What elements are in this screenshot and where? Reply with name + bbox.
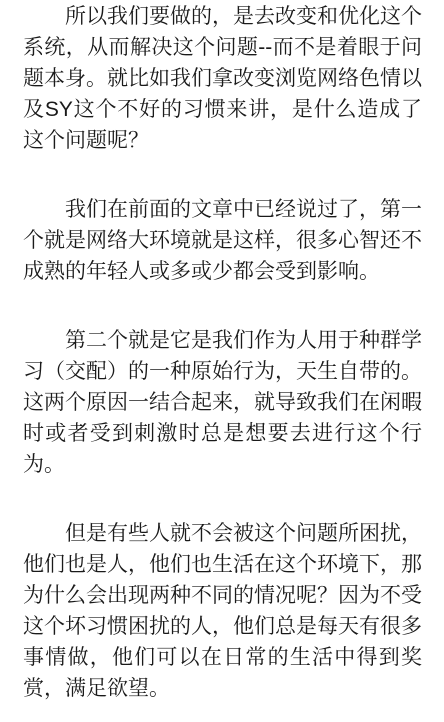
paragraph-4: 但是有些人就不会被这个问题所困扰，他们也是人，他们也生活在这个环境下，那为什么会…	[23, 518, 422, 704]
paragraph-2: 我们在前面的文章中已经说过了，第一个就是网络大环境就是这样，很多心智还不成熟的年…	[23, 194, 422, 287]
paragraph-1: 所以我们要做的，是去改变和优化这个系统，从而解决这个问题--而不是着眼于问题本身…	[23, 1, 422, 156]
paragraph-3: 第二个就是它是我们作为人用于种群学习（交配）的一种原始行为，天生自带的。这两个原…	[23, 325, 422, 480]
article-page: 所以我们要做的，是去改变和优化这个系统，从而解决这个问题--而不是着眼于问题本身…	[0, 0, 444, 722]
